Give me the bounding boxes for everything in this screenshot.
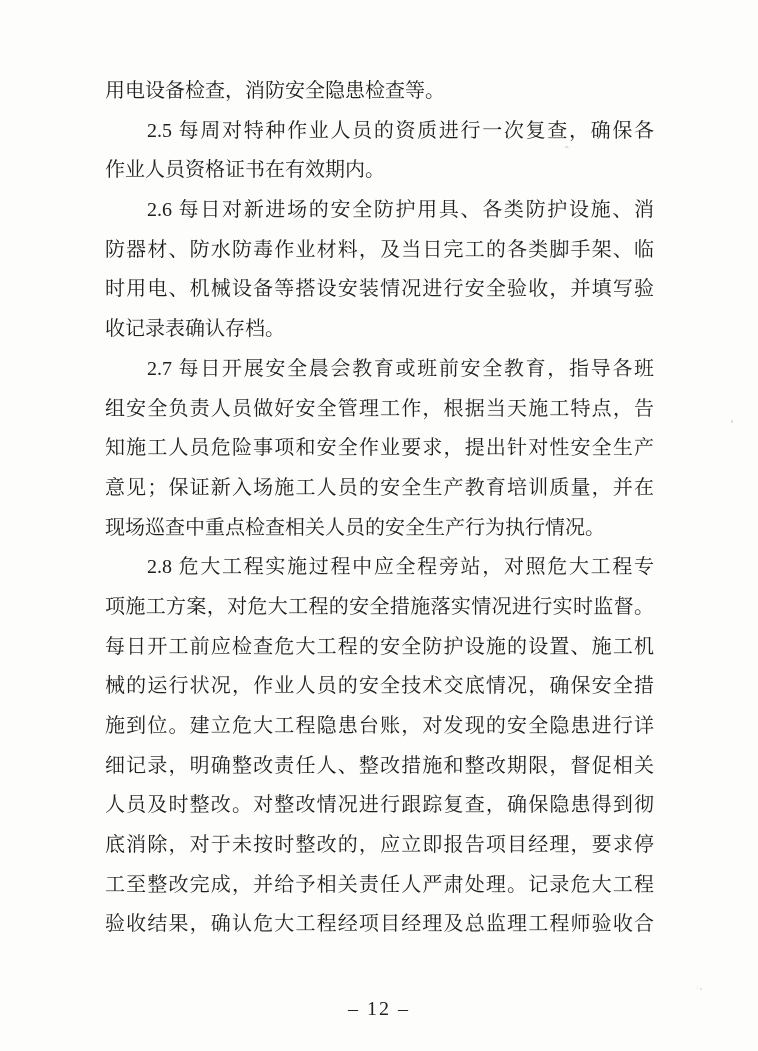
text-line: 施到位。建立危大工程隐患台账，对发现的安全隐患进行详 — [105, 707, 654, 747]
page-number: – 12 – — [0, 998, 758, 1021]
text-line: 械的运行状况，作业人员的安全技术交底情况，确保安全措 — [105, 667, 654, 707]
text-line: 2.6 每日对新进场的安全防护用具、各类防护设施、消 — [105, 191, 654, 231]
text-line: 2.5 每周对特种作业人员的资质进行一次复查，确保各 — [105, 112, 654, 152]
document-page: 用电设备检查，消防安全隐患检查等。2.5 每周对特种作业人员的资质进行一次复查，… — [0, 0, 758, 1051]
text-line: 人员及时整改。对整改情况进行跟踪复查，确保隐患得到彻 — [105, 786, 654, 826]
text-line: 时用电、机械设备等搭设安装情况进行安全验收，并填写验 — [105, 270, 654, 310]
text-line: 作业人员资格证书在有效期内。 — [105, 151, 654, 191]
scan-speckle — [565, 146, 568, 148]
text-line: 2.7 每日开展安全晨会教育或班前安全教育，指导各班 — [105, 350, 654, 390]
text-line: 2.8 危大工程实施过程中应全程旁站，对照危大工程专 — [105, 548, 654, 588]
text-line: 现场巡查中重点检查相关人员的安全生产行为执行情况。 — [105, 509, 654, 549]
text-line: 用电设备检查，消防安全隐患检查等。 — [105, 72, 654, 112]
text-line: 组安全负责人员做好安全管理工作，根据当天施工特点，告 — [105, 390, 654, 430]
text-line: 知施工人员危险事项和安全作业要求，提出针对性安全生产 — [105, 429, 654, 469]
scan-speckle — [731, 420, 733, 423]
text-line: 工至整改完成，并给予相关责任人严肃处理。记录危大工程 — [105, 866, 654, 906]
text-line: 细记录，明确整改责任人、整改措施和整改期限，督促相关 — [105, 747, 654, 787]
text-line: 验收结果，确认危大工程经项目经理及总监理工程师验收合 — [105, 905, 654, 945]
text-line: 意见；保证新入场施工人员的安全生产教育培训质量，并在 — [105, 469, 654, 509]
text-line: 底消除，对于未按时整改的，应立即报告项目经理，要求停 — [105, 826, 654, 866]
text-line: 防器材、防水防毒作业材料，及当日完工的各类脚手架、临 — [105, 231, 654, 271]
text-line: 收记录表确认存档。 — [105, 310, 654, 350]
text-line: 每日开工前应检查危大工程的安全防护设施的设置、施工机 — [105, 628, 654, 668]
document-body: 用电设备检查，消防安全隐患检查等。2.5 每周对特种作业人员的资质进行一次复查，… — [105, 72, 654, 945]
scan-speckle — [700, 988, 702, 990]
text-line: 项施工方案，对危大工程的安全措施落实情况进行实时监督。 — [105, 588, 654, 628]
